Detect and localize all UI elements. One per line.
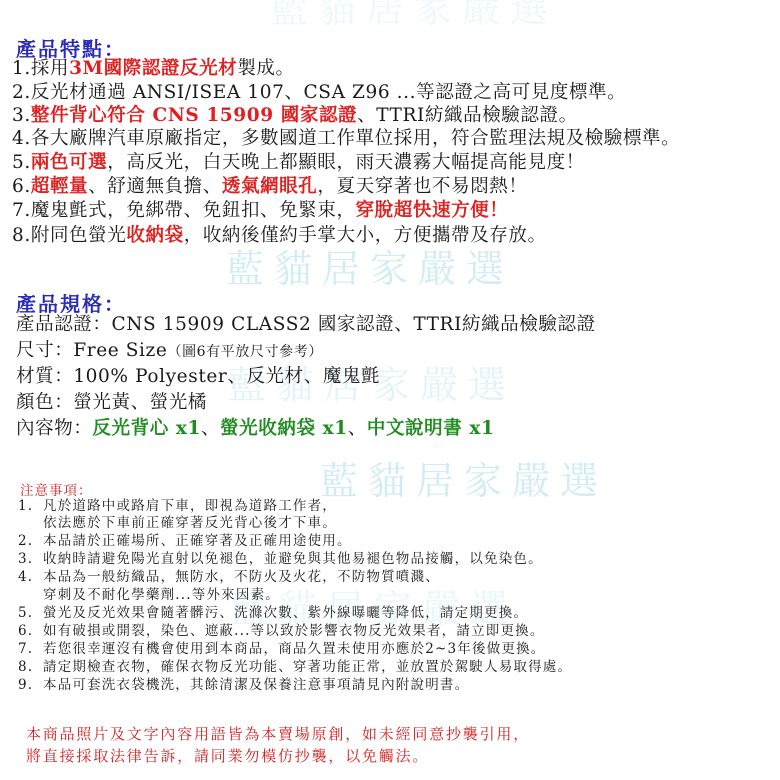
notes-title: 注意事項： xyxy=(20,479,93,499)
feature-item-1: 1.採用3M國際認證反光材製成。 xyxy=(12,58,295,80)
specs-title: 產品規格： xyxy=(16,288,126,317)
spec-material: 材質：100% Polyester、反光材、魔鬼氈 xyxy=(16,366,380,388)
note-item-1-cont: 依法應於下車前正確穿著反光背心後才下車。 xyxy=(43,515,337,532)
feature-item-8: 8.附同色螢光收納袋，收納後僅約手掌大小，方便攜帶及存放。 xyxy=(12,225,547,247)
feature-item-2: 2.反光材通過 ANSI/ISEA 107、CSA Z96 ...等認證之高可見… xyxy=(12,82,626,104)
note-item-7: 7.若您很幸運沒有機會使用到本商品，商品久置未使用亦應於2~3年後做更換。 xyxy=(18,641,546,658)
note-item-1: 1.凡於道路中或路肩下車，即視為道路工作者， xyxy=(18,498,337,515)
spec-contents: 內容物：反光背心 x1、螢光收納袋 x1、中文說明書 x1 xyxy=(16,418,494,440)
feature-item-4: 4.各大廠牌汽車原廠指定，多數國道工作單位採用，符合監理法規及檢驗標準。 xyxy=(12,128,680,150)
watermark: 藍貓居家嚴選 xyxy=(320,450,608,505)
feature-item-7: 7.魔鬼氈式，免綁帶、免鈕扣、免緊束，穿脫超快速方便！ xyxy=(12,200,508,222)
spec-size: 尺寸：Free Size（圖6有平放尺寸參考） xyxy=(16,340,323,363)
copyright-notice-line-2: 將直接採取法律告訴，請同業勿模仿抄襲，以免觸法。 xyxy=(26,746,429,766)
note-item-3: 3.收納時請避免陽光直射以免褪色，並避免與其他易褪色物品接觸，以免染色。 xyxy=(18,551,543,568)
note-item-2: 2.本品請於正確場所、正確穿著及正確用途使用。 xyxy=(18,533,352,550)
note-item-5: 5.螢光及反光效果會隨著髒污、洗滌次數、紫外線曝曬等降低，請定期更換。 xyxy=(18,605,528,622)
feature-item-5: 5.兩色可選，高反光，白天晚上都顯眼，雨天濃霧大幅提高能見度！ xyxy=(12,152,585,174)
watermark: 藍貓居家嚴選 xyxy=(270,0,558,33)
feature-item-3: 3.整件背心符合 CNS 15909 國家認證、TTRI紡織品檢驗認證。 xyxy=(12,105,578,127)
copyright-notice-line-1: 本商品照片及文字內容用語皆為本賣場原創，如未經同意抄襲引用， xyxy=(26,724,530,744)
note-item-6: 6.如有破損或開裂，染色、遮蔽...等以致於影響衣物反光效果者，請立即更換。 xyxy=(18,623,545,640)
spec-color: 顏色：螢光黃、螢光橘 xyxy=(16,392,207,414)
feature-item-6: 6.超輕量、舒適無負擔、透氣網眼孔，夏天穿著也不易悶熱！ xyxy=(12,176,528,198)
note-item-4: 4.本品為一般紡織品，無防水，不防火及火花，不防物質噴濺、 xyxy=(18,569,440,586)
note-item-9: 9.本品可套洗衣袋機洗，其餘清潔及保養注意事項請見內附說明書。 xyxy=(18,677,469,694)
spec-certification: 產品認證：CNS 15909 CLASS2 國家認證、TTRI紡織品檢驗認證 xyxy=(16,314,596,336)
note-item-8: 8.請定期檢查衣物，確保衣物反光功能、穿著功能正常，並放置於駕駛人易取得處。 xyxy=(18,659,572,676)
note-item-4-cont: 穿刺及不耐化學藥劑...等外來因素。 xyxy=(43,587,280,604)
